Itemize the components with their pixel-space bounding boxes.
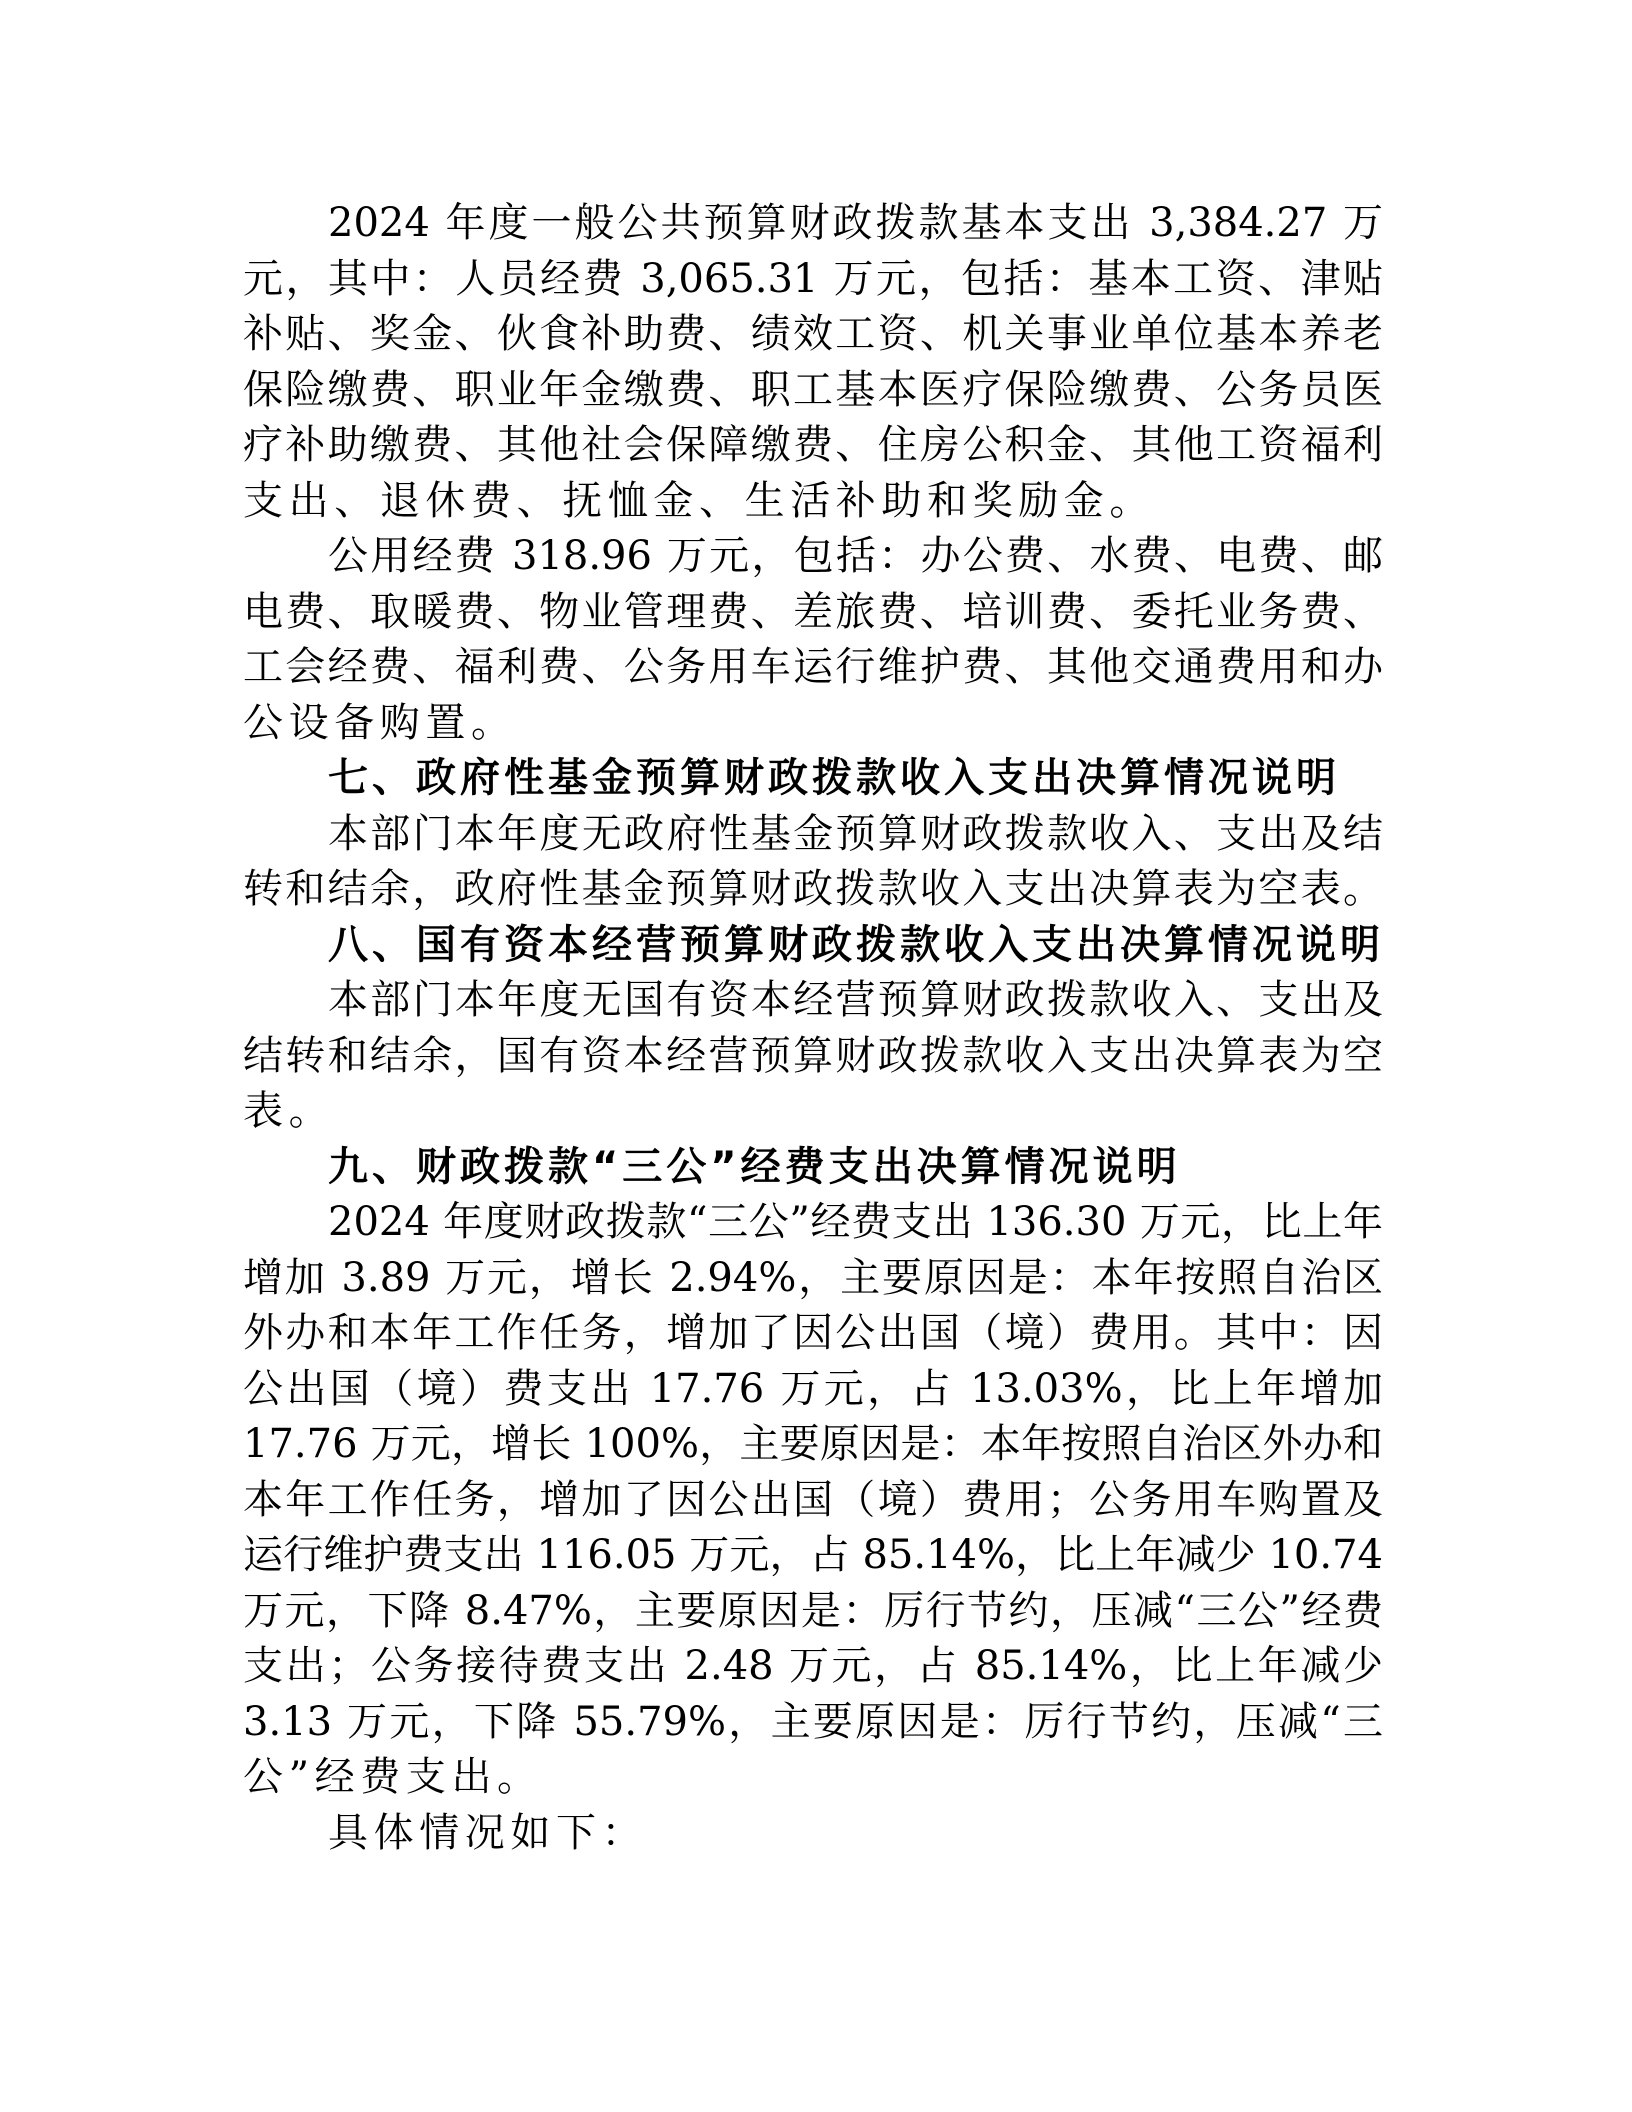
text-line: 万元，下降 8.47%，主要原因是：厉行节约，压减“三公”经费 (243, 1584, 1383, 1640)
text-line: 元，其中：人员经费 3,065.31 万元，包括：基本工资、津贴 (243, 252, 1383, 308)
text-line: 支出；公务接待费支出 2.48 万元，占 85.14%，比上年减少 (243, 1639, 1383, 1695)
paragraph-section-8: 本部门本年度无国有资本经营预算财政拨款收入、支出及 结转和结余，国有资本经营预算… (243, 973, 1383, 1140)
text-line: 转和结余，政府性基金预算财政拨款收入支出决算表为空表。 (243, 862, 1383, 918)
text-line: 保险缴费、职业年金缴费、职工基本医疗保险缴费、公务员医 (243, 363, 1383, 419)
text-line: 运行维护费支出 116.05 万元，占 85.14%，比上年减少 10.74 (243, 1528, 1383, 1584)
section-8-heading: 八、国有资本经营预算财政拨款收入支出决算情况说明 (243, 918, 1383, 974)
text-line: 补贴、奖金、伙食补助费、绩效工资、机关事业单位基本养老 (243, 307, 1383, 363)
text-line: 本部门本年度无政府性基金预算财政拨款收入、支出及结 (243, 807, 1383, 863)
text-line: 3.13 万元，下降 55.79%，主要原因是：厉行节约，压减“三 (243, 1695, 1383, 1751)
document-page: 2024 年度一般公共预算财政拨款基本支出 3,384.27 万 元，其中：人员… (243, 196, 1383, 1861)
paragraph-public-expenses: 公用经费 318.96 万元，包括：办公费、水费、电费、邮 电费、取暖费、物业管… (243, 529, 1383, 751)
text-line: 结转和结余，国有资本经营预算财政拨款收入支出决算表为空 (243, 1029, 1383, 1085)
text-line: 公设备购置。 (243, 696, 1383, 752)
paragraph-section-9: 2024 年度财政拨款“三公”经费支出 136.30 万元，比上年 增加 3.8… (243, 1195, 1383, 1806)
text-line: 本部门本年度无国有资本经营预算财政拨款收入、支出及 (243, 973, 1383, 1029)
text-line: 2024 年度财政拨款“三公”经费支出 136.30 万元，比上年 (243, 1195, 1383, 1251)
text-line: 公”经费支出。 (243, 1750, 1383, 1806)
text-line: 支出、退休费、抚恤金、生活补助和奖励金。 (243, 474, 1383, 530)
section-9-heading: 九、财政拨款“三公”经费支出决算情况说明 (243, 1140, 1383, 1196)
text-line: 本年工作任务，增加了因公出国（境）费用；公务用车购置及 (243, 1473, 1383, 1529)
text-line: 增加 3.89 万元，增长 2.94%，主要原因是：本年按照自治区 (243, 1251, 1383, 1307)
paragraph-basic-expenditure: 2024 年度一般公共预算财政拨款基本支出 3,384.27 万 元，其中：人员… (243, 196, 1383, 529)
text-line: 具体情况如下： (243, 1806, 1383, 1862)
section-7-heading: 七、政府性基金预算财政拨款收入支出决算情况说明 (243, 751, 1383, 807)
paragraph-details-intro: 具体情况如下： (243, 1806, 1383, 1862)
text-line: 2024 年度一般公共预算财政拨款基本支出 3,384.27 万 (243, 196, 1383, 252)
text-line: 公出国（境）费支出 17.76 万元，占 13.03%，比上年增加 (243, 1362, 1383, 1418)
paragraph-section-7: 本部门本年度无政府性基金预算财政拨款收入、支出及结 转和结余，政府性基金预算财政… (243, 807, 1383, 918)
text-line: 外办和本年工作任务，增加了因公出国（境）费用。其中：因 (243, 1306, 1383, 1362)
text-line: 17.76 万元，增长 100%，主要原因是：本年按照自治区外办和 (243, 1417, 1383, 1473)
text-line: 电费、取暖费、物业管理费、差旅费、培训费、委托业务费、 (243, 585, 1383, 641)
text-line: 疗补助缴费、其他社会保障缴费、住房公积金、其他工资福利 (243, 418, 1383, 474)
text-line: 公用经费 318.96 万元，包括：办公费、水费、电费、邮 (243, 529, 1383, 585)
text-line: 表。 (243, 1084, 1383, 1140)
text-line: 工会经费、福利费、公务用车运行维护费、其他交通费用和办 (243, 640, 1383, 696)
